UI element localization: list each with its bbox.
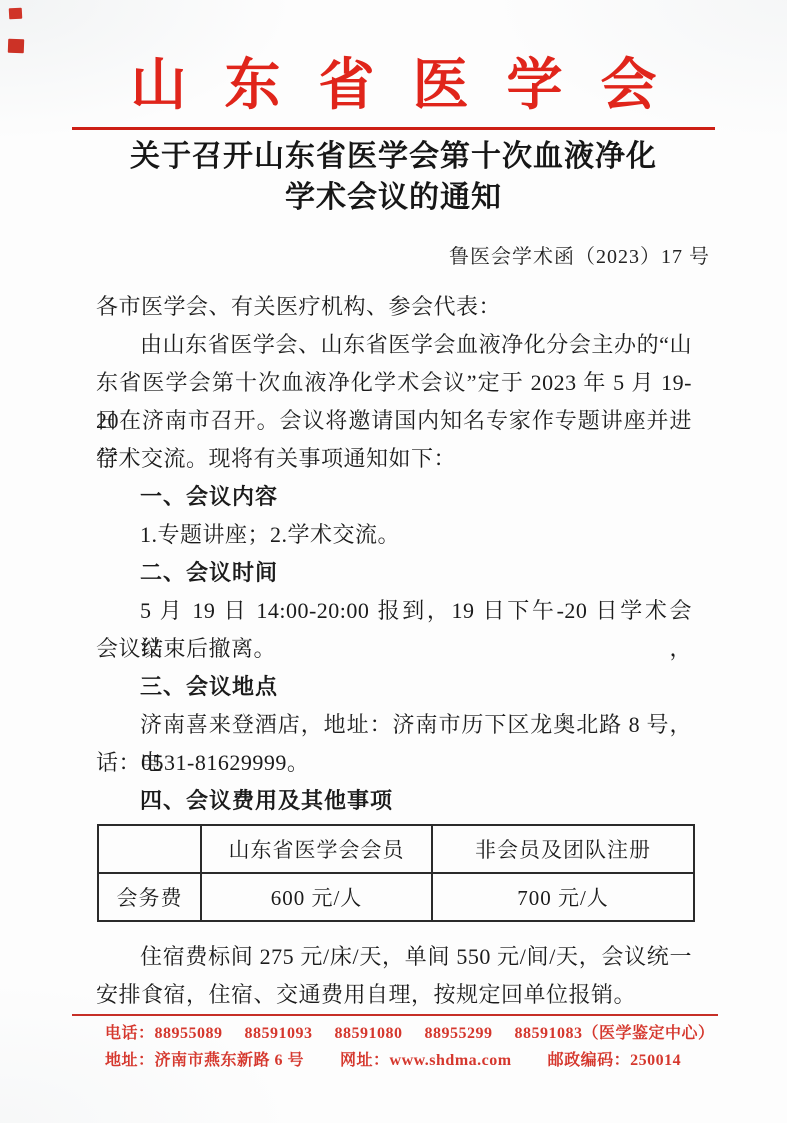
fee-table: 山东省医学会会员 非会员及团队注册 会务费 600 元/人 700 元/人 — [97, 824, 695, 922]
fee-table-header-member: 山东省医学会会员 — [201, 825, 432, 873]
section-3-content-1: 济南喜来登酒店，地址：济南市历下区龙奥北路 8 号，电 — [96, 706, 692, 744]
footer-phone-line: 电话：88955089 88591093 88591080 88955299 8… — [105, 1020, 715, 1043]
lodging-paragraph: 住宿费标间 275 元/床/天，单间 550 元/间/天，会议统一 安排食宿，住… — [96, 938, 692, 1014]
notice-body: 各市医学会、有关医疗机构、参会代表： 由山东省医学会、山东省医学会血液净化分会主… — [96, 288, 692, 820]
red-scan-mark-top — [9, 8, 23, 20]
section-1-heading: 一、会议内容 — [96, 478, 692, 516]
footer-phone-appraisal: 88591083（医学鉴定中心） — [515, 1020, 715, 1043]
document-title: 关于召开山东省医学会第十次血液净化 学术会议的通知 — [0, 136, 787, 218]
scanned-notice-document: { "header": { "org_name": "山东省医学会", "acc… — [0, 0, 787, 1123]
footer-website: 网址：www.shdma.com — [340, 1047, 512, 1070]
reference-number: 鲁医会学术函（2023）17 号 — [449, 240, 710, 269]
intro-line-3: 日在济南市召开。会议将邀请国内知名专家作专题讲座并进行 — [96, 402, 692, 440]
intro-line-4: 学术交流。现将有关事项通知如下： — [96, 440, 692, 478]
section-2-heading: 二、会议时间 — [96, 554, 692, 592]
footer-phone-4: 88955299 — [425, 1025, 493, 1043]
footer-phone-2: 88591093 — [245, 1025, 313, 1043]
fee-row-label: 会务费 — [98, 873, 201, 921]
lodging-line-2: 安排食宿，住宿、交通费用自理，按规定回单位报销。 — [96, 976, 692, 1014]
fee-table-header-row: 山东省医学会会员 非会员及团队注册 — [98, 825, 694, 873]
fee-nonmember-price: 700 元/人 — [432, 873, 694, 921]
salutation-line: 各市医学会、有关医疗机构、参会代表： — [96, 288, 692, 326]
footer-address: 地址：济南市燕东新路 6 号 — [105, 1047, 304, 1070]
footer-phone-label-number: 电话：88955089 — [105, 1020, 223, 1043]
footer-postal-code: 邮政编码：250014 — [548, 1047, 682, 1070]
organization-masthead: 山东省医学会 — [0, 46, 787, 126]
section-3-content-2: 话：0531-81629999。 — [96, 744, 692, 782]
masthead-divider-rule — [72, 127, 715, 130]
intro-line-2: 东省医学会第十次血液净化学术会议”定于 2023 年 5 月 19-20 — [96, 364, 692, 402]
footer-divider-rule — [72, 1014, 718, 1016]
section-4-heading: 四、会议费用及其他事项 — [96, 782, 692, 820]
footer-phone-3: 88591080 — [335, 1025, 403, 1043]
intro-line-1: 由山东省医学会、山东省医学会血液净化分会主办的“山 — [96, 326, 692, 364]
section-1-content: 1.专题讲座；2.学术交流。 — [96, 516, 692, 554]
section-2-content-1: 5 月 19 日 14:00-20:00 报到，19 日下午-20 日学术会议， — [96, 592, 692, 630]
fee-table-header-nonmember: 非会员及团队注册 — [432, 825, 694, 873]
document-title-line2: 学术会议的通知 — [0, 177, 787, 218]
fee-table-data-row: 会务费 600 元/人 700 元/人 — [98, 873, 694, 921]
fee-table-header-empty — [98, 825, 201, 873]
lodging-line-1: 住宿费标间 275 元/床/天，单间 550 元/间/天，会议统一 — [96, 938, 692, 976]
footer-address-line: 地址：济南市燕东新路 6 号 网址：www.shdma.com 邮政编码：250… — [105, 1047, 681, 1070]
section-3-heading: 三、会议地点 — [96, 668, 692, 706]
document-title-line1: 关于召开山东省医学会第十次血液净化 — [0, 136, 787, 177]
fee-member-price: 600 元/人 — [201, 873, 432, 921]
